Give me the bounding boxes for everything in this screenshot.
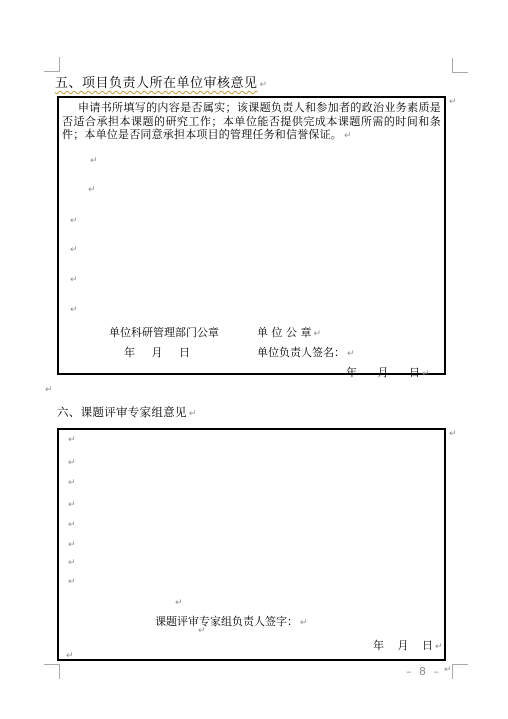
section5-heading: 五、项目负责人所在单位审核意见↵ bbox=[55, 72, 267, 91]
paragraph-mark-icon: ↵ bbox=[88, 186, 96, 195]
paragraph-mark-icon: ↵ bbox=[435, 642, 443, 652]
date-line-right: 年 月 日↵ bbox=[346, 364, 430, 380]
row-end-mark-icon: ↵ bbox=[449, 430, 457, 439]
row-end-mark-icon: ↵ bbox=[449, 98, 457, 107]
paragraph-mark-icon: ↵ bbox=[68, 459, 76, 468]
section6-heading-text: 六、课题评审专家组意见 bbox=[57, 405, 187, 419]
expert-group-signature-label: 课题评审专家组负责人签字：↵ bbox=[155, 613, 308, 629]
unit-seal-label: 单 位 公 章↵ bbox=[257, 324, 321, 340]
paragraph-mark-icon: ↵ bbox=[70, 246, 78, 255]
date-line-left: 年 月 日 bbox=[124, 344, 190, 360]
paragraph-mark-icon: ↵ bbox=[90, 157, 98, 166]
text-boundary-mark-bottom-right bbox=[452, 664, 468, 679]
section5-review-box: 申请书所填写的内容是否属实；该课题负责人和参加者的政治业务素质是否适合承担本课题… bbox=[57, 96, 446, 375]
paragraph-mark-icon: ↵ bbox=[45, 386, 53, 395]
paragraph-mark-icon: ↵ bbox=[300, 618, 308, 628]
document-page: 五、项目负责人所在单位审核意见↵ 申请书所填写的内容是否属实；该课题负责人和参加… bbox=[0, 0, 508, 719]
paragraph-mark-icon: ↵ bbox=[198, 627, 206, 636]
paragraph-mark-icon: ↵ bbox=[70, 306, 78, 315]
date-line: 年 月 日↵ bbox=[373, 637, 443, 653]
paragraph-mark-icon: ↵ bbox=[66, 652, 74, 661]
section5-body-paragraph: 申请书所填写的内容是否属实；该课题负责人和参加者的政治业务素质是否适合承担本课题… bbox=[62, 101, 441, 144]
paragraph-mark-icon: ↵ bbox=[68, 559, 76, 568]
paragraph-mark-icon: ↵ bbox=[347, 349, 355, 359]
paragraph-mark-icon: ↵ bbox=[68, 578, 76, 587]
paragraph-mark-icon: ↵ bbox=[175, 599, 183, 608]
footer-frame-mark-icon: ↵ bbox=[444, 666, 452, 675]
text-boundary-mark-bottom-left bbox=[44, 664, 60, 679]
section5-heading-text: 五、项目负责人所在单位审核意见 bbox=[55, 76, 258, 91]
section5-body-text: 申请书所填写的内容是否属实；该课题负责人和参加者的政治业务素质是否适合承担本课题… bbox=[62, 101, 441, 141]
paragraph-mark-icon: ↵ bbox=[260, 80, 268, 90]
paragraph-mark-icon: ↵ bbox=[189, 409, 197, 419]
section6-heading: 六、课题评审专家组意见↵ bbox=[57, 404, 196, 420]
unit-leader-signature-label: 单位负责人签名：↵ bbox=[257, 344, 355, 360]
paragraph-mark-icon: ↵ bbox=[344, 131, 352, 141]
text-boundary-mark-top-right bbox=[452, 58, 468, 73]
paragraph-mark-icon: ↵ bbox=[68, 501, 76, 510]
paragraph-mark-icon: ↵ bbox=[70, 276, 78, 285]
dept-seal-label: 单位科研管理部门公章 bbox=[109, 324, 219, 340]
paragraph-mark-icon: ↵ bbox=[422, 369, 430, 379]
paragraph-mark-icon: ↵ bbox=[68, 541, 76, 550]
paragraph-mark-icon: ↵ bbox=[70, 217, 78, 226]
paragraph-mark-icon: ↵ bbox=[68, 479, 76, 488]
page-number: – 8 – bbox=[406, 665, 439, 678]
paragraph-mark-icon: ↵ bbox=[68, 436, 76, 445]
paragraph-mark-icon: ↵ bbox=[68, 521, 76, 530]
text-boundary-mark-top-left bbox=[44, 57, 60, 72]
section6-review-box: ↵ ↵ ↵ ↵ ↵ ↵ ↵ ↵ ↵ 课题评审专家组负责人签字：↵ ↵ 年 月 日… bbox=[57, 428, 446, 661]
paragraph-mark-icon: ↵ bbox=[314, 329, 322, 339]
